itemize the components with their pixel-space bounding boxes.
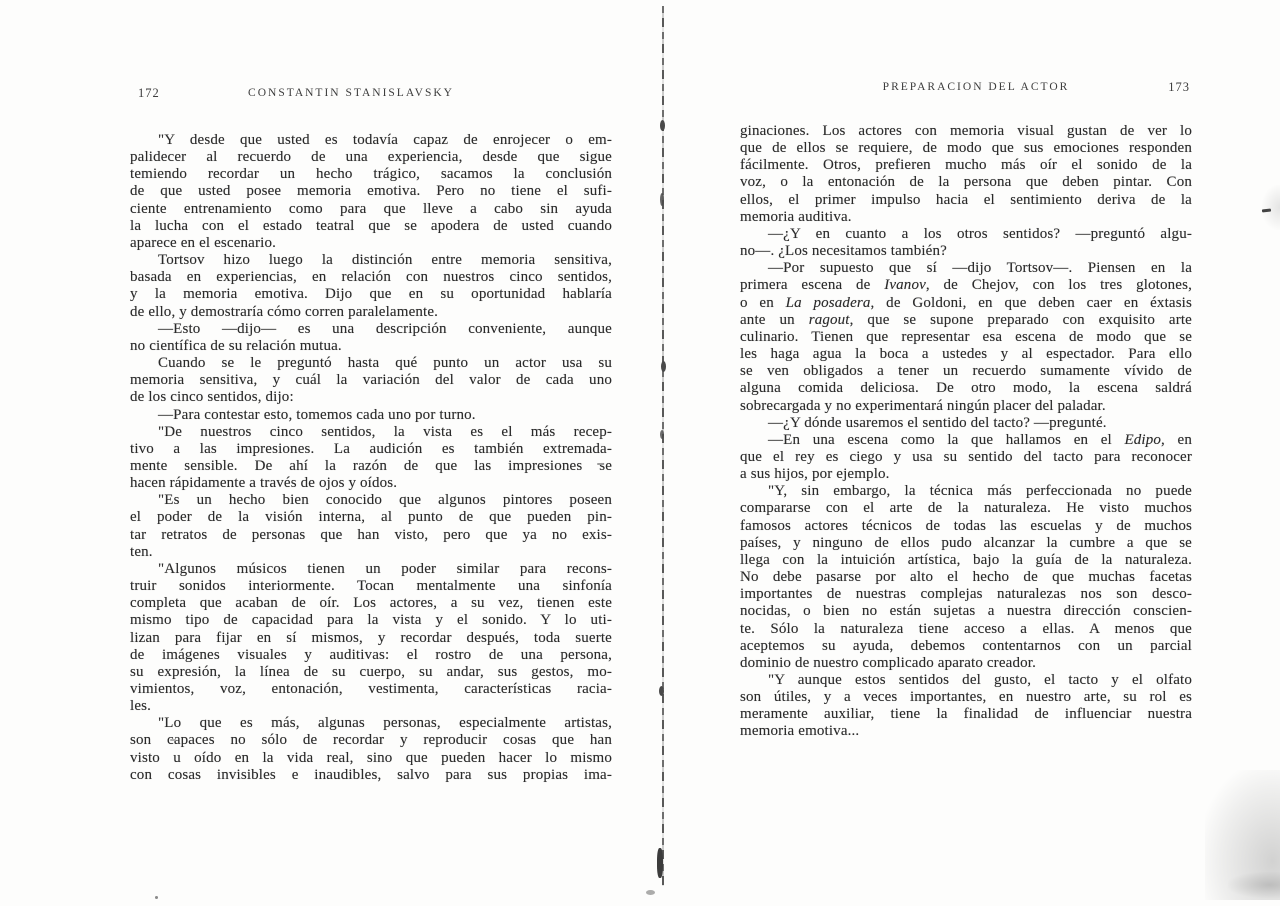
text-line: te. Sólo la naturaleza tiene acceso a el… <box>740 621 1192 638</box>
text-line: —Esto —dijo— es una descripción convenie… <box>130 321 612 338</box>
text-line: Tortsov hizo luego la distinción entre m… <box>130 252 612 269</box>
gutter-ink-blob <box>646 890 655 895</box>
text-line: ten. <box>130 544 612 561</box>
text-line: basada en experiencias, en relación con … <box>130 269 612 286</box>
page-header: PREPARACION DEL ACTOR 173 <box>740 80 1192 94</box>
text-line: ciente entrenamiento como para que lleve… <box>130 201 612 218</box>
text-line: dominio de nuestro complicado aparato cr… <box>740 655 1192 672</box>
text-line: son capaces no sólo de recordar y reprod… <box>130 732 612 749</box>
text-line: —¿Y dónde usaremos el sentido del tacto?… <box>740 415 1192 432</box>
text-line: No debe pasarse por alto el hecho de que… <box>740 569 1192 586</box>
text-line: que el rey es ciego y usa su sentido del… <box>740 449 1192 466</box>
text-line: les. <box>130 698 612 715</box>
text-line: mismo tipo de capacidad para la vista y … <box>130 612 612 629</box>
text-line: su expresión, la línea de su cuerpo, su … <box>130 664 612 681</box>
page-body: ginaciones. Los actores con memoria visu… <box>740 123 1192 741</box>
text-line: memoria auditiva. <box>740 209 1192 226</box>
text-line: países, y ninguno de ellos pudo alcanzar… <box>740 535 1192 552</box>
text-line: —Para contestar esto, tomemos cada uno p… <box>130 407 612 424</box>
running-title: PREPARACION DEL ACTOR <box>883 81 1070 93</box>
text-line: famosos actores técnicos de todas las es… <box>740 518 1192 535</box>
text-line: se ven obligados a tener un recuerdo sum… <box>740 363 1192 380</box>
text-line: Cuando se le preguntó hasta qué punto un… <box>130 355 612 372</box>
text-line: no científica de su relación mutua. <box>130 338 612 355</box>
text-line: compararse con el arte de la naturaleza.… <box>740 500 1192 517</box>
book-spread-scan: 172 CONSTANTIN STANISLAVSKY "Y desde que… <box>0 0 1280 906</box>
text-line: importantes de nuestras complejas natura… <box>740 586 1192 603</box>
text-line: de que usted posee memoria emotiva. Pero… <box>130 183 612 200</box>
text-line: primera escena de Ivanov, de Chejov, con… <box>740 277 1192 294</box>
text-line: "Lo que es más, algunas personas, especi… <box>130 715 612 732</box>
text-line: a sus hijos, por ejemplo. <box>740 466 1192 483</box>
scan-speck <box>597 463 604 465</box>
text-line: ellos, el primer impulso hacia el sentim… <box>740 192 1192 209</box>
page-number: 173 <box>1168 80 1190 95</box>
text-line: de imágenes visuales y auditivas: el ros… <box>130 647 612 664</box>
text-line: culinario. Tienen que representar esa es… <box>740 329 1192 346</box>
text-line: "Y desde que usted es todavía capaz de e… <box>130 132 612 149</box>
text-line: y la memoria emotiva. Dijo que en su opo… <box>130 286 612 303</box>
text-line: temiendo recordar un hecho trágico, saca… <box>130 166 612 183</box>
text-line: mente sensible. De ahí la razón de que l… <box>130 458 612 475</box>
text-line: voz, o la entonación de la persona que d… <box>740 174 1192 191</box>
text-line: hacen rápidamente a través de ojos y oíd… <box>130 475 612 492</box>
text-line: meramente auxiliar, tiene la finalidad d… <box>740 706 1192 723</box>
text-line: "De nuestros cinco sentidos, la vista es… <box>130 424 612 441</box>
gutter-ink-blob <box>660 430 664 439</box>
text-line: aceptemos su ayuda, debemos contentarnos… <box>740 638 1192 655</box>
text-line: no—. ¿Los necesitamos también? <box>740 243 1192 260</box>
text-line: aparece en el escenario. <box>130 235 612 252</box>
text-line: ginaciones. Los actores con memoria visu… <box>740 123 1192 140</box>
text-line: tivo a las impresiones. La audición es t… <box>130 441 612 458</box>
scan-speck <box>1262 209 1271 213</box>
page-header: 172 CONSTANTIN STANISLAVSKY <box>130 86 612 100</box>
gutter-ink-blob <box>659 686 664 696</box>
text-line: memoria sensitiva, y cuál la variación d… <box>130 372 612 389</box>
text-line: alguna comida deliciosa. De otro modo, l… <box>740 380 1192 397</box>
text-line: —En una escena como la que hallamos en e… <box>740 432 1192 449</box>
text-line: fácilmente. Otros, prefieren mucho más o… <box>740 157 1192 174</box>
gutter-ink-blob <box>660 120 665 131</box>
text-line: ante un ragout, que se supone preparado … <box>740 312 1192 329</box>
text-line: palidecer al recuerdo de una experiencia… <box>130 149 612 166</box>
binding-gutter-line <box>662 6 664 886</box>
text-line: "Y aunque estos sentidos del gusto, el t… <box>740 672 1192 689</box>
running-title: CONSTANTIN STANISLAVSKY <box>248 87 454 99</box>
scan-smudge <box>1262 185 1280 230</box>
text-line: que de ellos se requiere, de modo que su… <box>740 140 1192 157</box>
page-173: PREPARACION DEL ACTOR 173 ginaciones. Lo… <box>740 80 1192 760</box>
page-body: "Y desde que usted es todavía capaz de e… <box>130 132 612 784</box>
text-line: con cosas invisibles e inaudibles, salvo… <box>130 767 612 784</box>
text-line: el poder de la visión interna, al punto … <box>130 509 612 526</box>
text-line: llega con la intuición artística, bajo l… <box>740 552 1192 569</box>
page-number: 172 <box>138 86 160 101</box>
scan-smudge <box>1205 770 1280 900</box>
text-line: visto u oído en la vida real, sino que p… <box>130 750 612 767</box>
text-line: —Por supuesto que sí —dijo Tortsov—. Pie… <box>740 260 1192 277</box>
page-172: 172 CONSTANTIN STANISLAVSKY "Y desde que… <box>130 86 612 806</box>
text-line: de los cinco sentidos, dijo: <box>130 389 612 406</box>
text-line: "Y, sin embargo, la técnica más perfecci… <box>740 483 1192 500</box>
text-line: son útiles, y a veces importantes, en nu… <box>740 689 1192 706</box>
scan-speck <box>170 739 176 741</box>
text-line: "Es un hecho bien conocido que algunos p… <box>130 492 612 509</box>
text-line: —¿Y en cuanto a los otros sentidos? —pre… <box>740 226 1192 243</box>
scan-smudge <box>1228 872 1280 898</box>
gutter-ink-blob <box>657 848 663 878</box>
text-line: completa que acaban de oír. Los actores,… <box>130 595 612 612</box>
text-line: truir sonidos interiormente. Tocan menta… <box>130 578 612 595</box>
scan-speck <box>155 896 158 899</box>
gutter-ink-blob <box>660 193 664 206</box>
text-line: vimientos, voz, entonación, vestimenta, … <box>130 681 612 698</box>
text-line: "Algunos músicos tienen un poder similar… <box>130 561 612 578</box>
text-line: nocidas, o bien no están sujetas a nuest… <box>740 603 1192 620</box>
gutter-ink-blob <box>661 361 666 372</box>
text-line: les haga agua la boca a ustedes y al esp… <box>740 346 1192 363</box>
text-line: memoria emotiva... <box>740 723 1192 740</box>
text-line: la lucha con el estado teatral que se ap… <box>130 218 612 235</box>
text-line: sobrecargada y no experimentará ningún p… <box>740 398 1192 415</box>
text-line: o en La posadera, de Goldoni, en que deb… <box>740 295 1192 312</box>
text-line: tar retratos de personas que han visto, … <box>130 527 612 544</box>
text-line: lizan para fijar en sí mismos, y recorda… <box>130 630 612 647</box>
text-line: de ello, y demostraría cómo corren paral… <box>130 304 612 321</box>
